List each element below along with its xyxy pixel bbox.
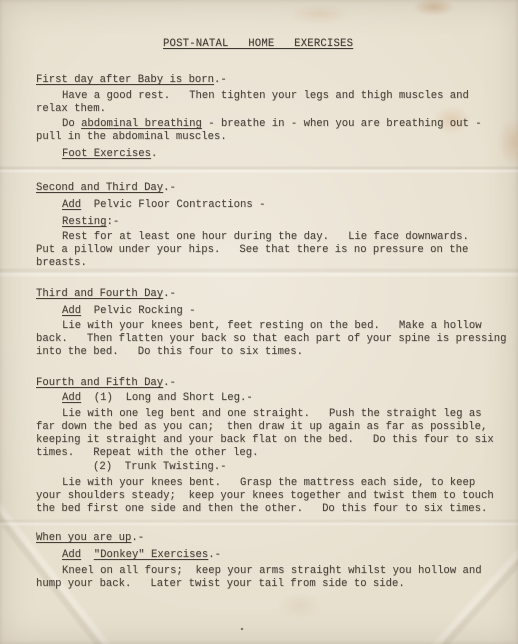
heading-text: Third and Fourth Day: [36, 288, 163, 300]
section-heading-fourth-fifth-day: Fourth and Fifth Day.-: [36, 377, 510, 390]
text-segment: :-: [107, 216, 120, 228]
section-heading-when-you-are-up: When you are up.-: [36, 532, 510, 545]
heading-suffix: .-: [214, 74, 227, 86]
paragraph-trunk-twisting: Lie with your knees bent. Grasp the matt…: [36, 477, 510, 516]
text-line: breasts.: [36, 257, 510, 270]
add-item-pelvic-floor: Add Pelvic Floor Contractions -: [36, 199, 510, 212]
section-heading-third-fourth-day: Third and Fourth Day.-: [36, 288, 510, 301]
subheading-resting: Resting:-: [36, 216, 510, 229]
text-segment: (1) Long and Short Leg.-: [81, 392, 253, 404]
heading-suffix: .-: [163, 182, 176, 194]
section-third-fourth-day: Third and Fourth Day.- Add Pelvic Rockin…: [36, 288, 510, 359]
add-label: Add: [62, 549, 81, 561]
text-line: hump your back. Later twist your tail fr…: [36, 578, 510, 591]
add-item-pelvic-rocking: Add Pelvic Rocking -: [36, 305, 510, 318]
text-line: your shoulders steady; keep your knees t…: [36, 490, 510, 503]
add-item-donkey-exercises: Add "Donkey" Exercises.-: [36, 549, 510, 562]
text-line: into the bed. Do this four to six times.: [36, 346, 510, 359]
text-line: relax them.: [36, 103, 510, 116]
underlined-text: Resting: [62, 216, 107, 228]
paragraph-abdominal-breathing: Do abdominal breathing - breathe in - wh…: [36, 118, 510, 144]
text-line: Put a pillow under your hips. See that t…: [36, 244, 510, 257]
underlined-text: Foot Exercises: [62, 148, 151, 160]
text-line: the bed first one side and then the othe…: [36, 503, 510, 516]
text-segment: Pelvic Floor Contractions -: [81, 199, 265, 211]
text-line: back. Then flatten your back so that eac…: [36, 333, 510, 346]
text-line: Kneel on all fours; keep your arms strai…: [36, 565, 510, 578]
add-item-long-short-leg: Add (1) Long and Short Leg.-: [36, 392, 510, 405]
heading-suffix: .-: [163, 377, 176, 389]
section-heading-first-day: First day after Baby is born.-: [36, 74, 510, 87]
heading-text: Second and Third Day: [36, 182, 163, 194]
section-fourth-fifth-day: Fourth and Fifth Day.- Add (1) Long and …: [36, 377, 510, 516]
text-line: pull in the abdominal muscles.: [36, 131, 510, 144]
text-line: far down the bed as you can; then draw i…: [36, 421, 510, 434]
section-when-you-are-up: When you are up.- Add "Donkey" Exercises…: [36, 532, 510, 591]
text-segment: .-: [208, 549, 221, 561]
text-line: Lie with your knees bent. Grasp the matt…: [36, 477, 510, 490]
text-segment: .: [151, 148, 157, 160]
heading-text: First day after Baby is born: [36, 74, 214, 86]
text-segment: [81, 549, 94, 561]
heading-suffix: .-: [163, 288, 176, 300]
text-line: Do abdominal breathing - breathe in - wh…: [36, 118, 510, 131]
text-line: Have a good rest. Then tighten your legs…: [36, 90, 510, 103]
text-line: Rest for at least one hour during the da…: [36, 231, 510, 244]
add-label: Add: [62, 199, 81, 211]
paragraph-long-short-leg: Lie with one leg bent and one straight. …: [36, 408, 510, 460]
section-second-third-day: Second and Third Day.- Add Pelvic Floor …: [36, 182, 510, 270]
add-label: Add: [62, 305, 81, 317]
paragraph-pelvic-rocking: Lie with your knees bent, feet resting o…: [36, 320, 510, 359]
heading-text: Fourth and Fifth Day: [36, 377, 163, 389]
text-line: Lie with your knees bent, feet resting o…: [36, 320, 510, 333]
text-segment: Do: [62, 118, 81, 130]
section-first-day: First day after Baby is born.- Have a go…: [36, 74, 510, 161]
paragraph-resting: Rest for at least one hour during the da…: [36, 231, 510, 270]
paragraph-rest: Have a good rest. Then tighten your legs…: [36, 90, 510, 116]
heading-text: When you are up: [36, 532, 131, 544]
subheading-trunk-twisting: (2) Trunk Twisting.-: [36, 461, 510, 474]
document-title: POST-NATAL HOME EXERCISES: [163, 38, 353, 51]
paragraph-foot-exercises: Foot Exercises.: [36, 148, 510, 161]
document-page: POST-NATAL HOME EXERCISES First day afte…: [0, 0, 518, 644]
text-line: times. Repeat with the other leg.: [36, 447, 510, 460]
add-label: Add: [62, 392, 81, 404]
heading-suffix: .-: [131, 532, 144, 544]
underlined-text: "Donkey" Exercises: [94, 549, 208, 561]
text-segment: - breathe in - when you are breathing ou…: [202, 118, 482, 130]
paragraph-donkey-exercises: Kneel on all fours; keep your arms strai…: [36, 565, 510, 591]
text-line: Lie with one leg bent and one straight. …: [36, 408, 510, 421]
section-heading-second-third-day: Second and Third Day.-: [36, 182, 510, 195]
text-segment: Pelvic Rocking -: [81, 305, 195, 317]
underlined-text: abdominal breathing: [81, 118, 202, 130]
text-line: keeping it straight and your back flat o…: [36, 434, 510, 447]
